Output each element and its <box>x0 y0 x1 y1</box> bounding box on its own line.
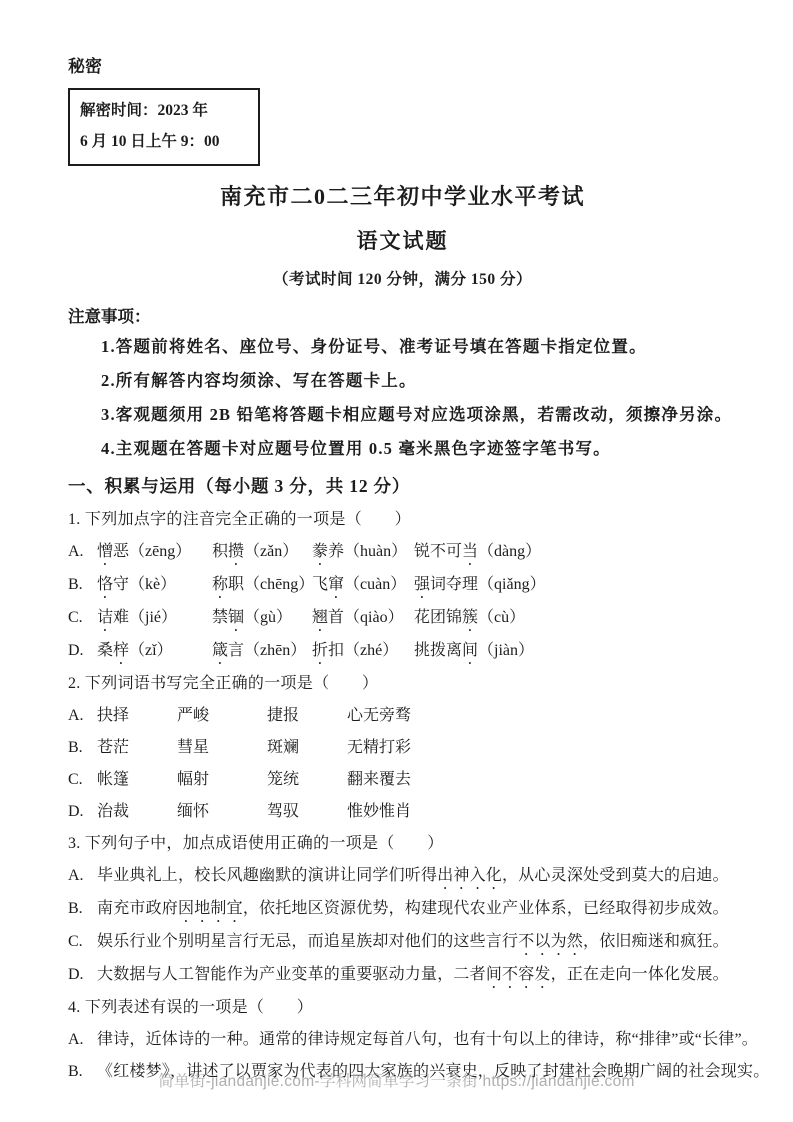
option-word: 积攒（zǎn） <box>212 536 312 569</box>
option-word: 幅射 <box>177 764 267 796</box>
footer-watermark: 简单街-jiandanjie.com-学科网简单学习一条街 https://ji… <box>0 1072 793 1092</box>
option-word: 强词夺理（qiǎng） <box>414 569 546 602</box>
option-word: 诘难（jié） <box>97 602 212 635</box>
option-word: 惟妙惟肖 <box>347 796 411 828</box>
option-text: 大数据与人工智能作为产业变革的重要驱动力量，二者间不容发，正在走向一体化发展。 <box>97 966 729 983</box>
classification-label: 秘密 <box>68 56 737 78</box>
option-word: 治裁 <box>97 796 177 828</box>
option-label: D. <box>68 635 97 667</box>
option-label: A. <box>68 536 97 568</box>
question-3-option-a: A.毕业典礼上，校长风趣幽默的演讲让同学们听得出神入化，从心灵深处受到莫大的启迪… <box>68 860 737 893</box>
option-text: 律诗，近体诗的一种。通常的律诗规定每首八句，也有十句以上的律诗，称“排律”或“长… <box>97 1031 758 1048</box>
option-word: 豢养（huàn） <box>312 536 414 569</box>
question-2-option-a: A.抉择严峻捷报心无旁骛 <box>68 700 737 732</box>
question-1-stem: 1. 下列加点字的注音完全正确的一项是（ ） <box>68 504 737 536</box>
option-label: A. <box>68 860 97 892</box>
option-word: 抉择 <box>97 700 177 732</box>
decrypt-line-1: 解密时间：2023 年 <box>80 95 248 126</box>
option-label: C. <box>68 602 97 634</box>
option-word: 驾驭 <box>267 796 347 828</box>
question-1: 1. 下列加点字的注音完全正确的一项是（ ） A.憎恶（zēng）积攒（zǎn）… <box>68 504 737 668</box>
option-word: 斑斓 <box>267 732 347 764</box>
option-label: B. <box>68 569 97 601</box>
exam-paper-page: 秘密 解密时间：2023 年 6 月 10 日上午 9：00 南充市二0二三年初… <box>0 0 793 1122</box>
question-4-option-a: A.律诗，近体诗的一种。通常的律诗规定每首八句，也有十句以上的律诗，称“排律”或… <box>68 1024 737 1056</box>
question-4-stem: 4. 下列表述有误的一项是（ ） <box>68 992 737 1024</box>
question-2: 2. 下列词语书写完全正确的一项是（ ） A.抉择严峻捷报心无旁骛 B.苍茫彗星… <box>68 668 737 828</box>
option-word: 苍茫 <box>97 732 177 764</box>
notice-item-3: 3.客观题须用 2B 铅笔将答题卡相应题号对应选项涂黑，若需改动，须擦净另涂。 <box>68 398 737 432</box>
question-3-option-c: C.娱乐行业个别明星言行无忌，而追星族却对他们的这些言行不以为然，依旧痴迷和疯狂… <box>68 926 737 959</box>
option-label: D. <box>68 959 97 991</box>
option-label: B. <box>68 732 97 764</box>
option-word: 无精打彩 <box>347 732 411 764</box>
option-text: 娱乐行业个别明星言行无忌，而追星族却对他们的这些言行不以为然，依旧痴迷和疯狂。 <box>97 933 729 950</box>
option-label: A. <box>68 700 97 732</box>
question-2-option-d: D.治裁缅怀驾驭惟妙惟肖 <box>68 796 737 828</box>
option-text: 毕业典礼上，校长风趣幽默的演讲让同学们听得出神入化，从心灵深处受到莫大的启迪。 <box>97 867 729 884</box>
question-2-option-c: C.帐篷幅射笼统翻来覆去 <box>68 764 737 796</box>
notice-item-4: 4.主观题在答题卡对应题号位置用 0.5 毫米黑色字迹签字笔书写。 <box>68 432 737 466</box>
question-1-option-d: D.桑梓（zǐ）箴言（zhēn）折扣（zhé）挑拨离间（jiàn） <box>68 635 737 668</box>
option-word: 称职（chēng） <box>212 569 312 602</box>
exam-time-score-info: （考试时间 120 分钟，满分 150 分） <box>68 268 737 292</box>
notice-item-2: 2.所有解答内容均须涂、写在答题卡上。 <box>68 364 737 398</box>
option-word: 恪守（kè） <box>97 569 212 602</box>
option-word: 缅怀 <box>177 796 267 828</box>
question-2-stem: 2. 下列词语书写完全正确的一项是（ ） <box>68 668 737 700</box>
question-2-option-b: B.苍茫彗星斑斓无精打彩 <box>68 732 737 764</box>
question-1-option-b: B.恪守（kè）称职（chēng）飞窜（cuàn）强词夺理（qiǎng） <box>68 569 737 602</box>
option-word: 笼统 <box>267 764 347 796</box>
option-word: 心无旁骛 <box>347 700 411 732</box>
question-3-stem: 3. 下列句子中，加点成语使用正确的一项是（ ） <box>68 828 737 860</box>
option-text: 南充市政府因地制宜，依托地区资源优势，构建现代农业产业体系，已经取得初步成效。 <box>97 900 729 917</box>
option-word: 挑拨离间（jiàn） <box>414 635 534 668</box>
option-word: 锐不可当（dàng） <box>414 536 541 569</box>
option-word: 花团锦簇（cù） <box>414 602 525 635</box>
exam-subject-title: 语文试题 <box>68 227 737 255</box>
option-label: B. <box>68 893 97 925</box>
option-word: 翘首（qiào） <box>312 602 414 635</box>
option-label: C. <box>68 926 97 958</box>
notice-heading: 注意事项： <box>68 304 737 330</box>
notice-block: 注意事项： 1.答题前将姓名、座位号、身份证号、准考证号填在答题卡指定位置。 2… <box>68 304 737 466</box>
option-word: 严峻 <box>177 700 267 732</box>
option-word: 箴言（zhēn） <box>212 635 312 668</box>
question-1-option-c: C.诘难（jié）禁锢（gù）翘首（qiào）花团锦簇（cù） <box>68 602 737 635</box>
option-word: 桑梓（zǐ） <box>97 635 212 668</box>
option-word: 帐篷 <box>97 764 177 796</box>
section-1-heading: 一、积累与运用（每小题 3 分，共 12 分） <box>68 468 737 504</box>
decrypt-time-box: 解密时间：2023 年 6 月 10 日上午 9：00 <box>68 88 260 166</box>
option-word: 折扣（zhé） <box>312 635 414 668</box>
question-3: 3. 下列句子中，加点成语使用正确的一项是（ ） A.毕业典礼上，校长风趣幽默的… <box>68 828 737 992</box>
option-word: 捷报 <box>267 700 347 732</box>
option-label: A. <box>68 1024 97 1056</box>
option-label: C. <box>68 764 97 796</box>
decrypt-line-2: 6 月 10 日上午 9：00 <box>80 126 248 157</box>
option-label: D. <box>68 796 97 828</box>
question-1-option-a: A.憎恶（zēng）积攒（zǎn）豢养（huàn）锐不可当（dàng） <box>68 536 737 569</box>
exam-title: 南充市二0二三年初中学业水平考试 <box>68 182 737 212</box>
option-word: 禁锢（gù） <box>212 602 312 635</box>
option-word: 憎恶（zēng） <box>97 536 212 569</box>
question-3-option-b: B.南充市政府因地制宜，依托地区资源优势，构建现代农业产业体系，已经取得初步成效… <box>68 893 737 926</box>
notice-item-1: 1.答题前将姓名、座位号、身份证号、准考证号填在答题卡指定位置。 <box>68 330 737 364</box>
option-word: 彗星 <box>177 732 267 764</box>
option-word: 飞窜（cuàn） <box>312 569 414 602</box>
question-3-option-d: D.大数据与人工智能作为产业变革的重要驱动力量，二者间不容发，正在走向一体化发展… <box>68 959 737 992</box>
option-word: 翻来覆去 <box>347 764 411 796</box>
